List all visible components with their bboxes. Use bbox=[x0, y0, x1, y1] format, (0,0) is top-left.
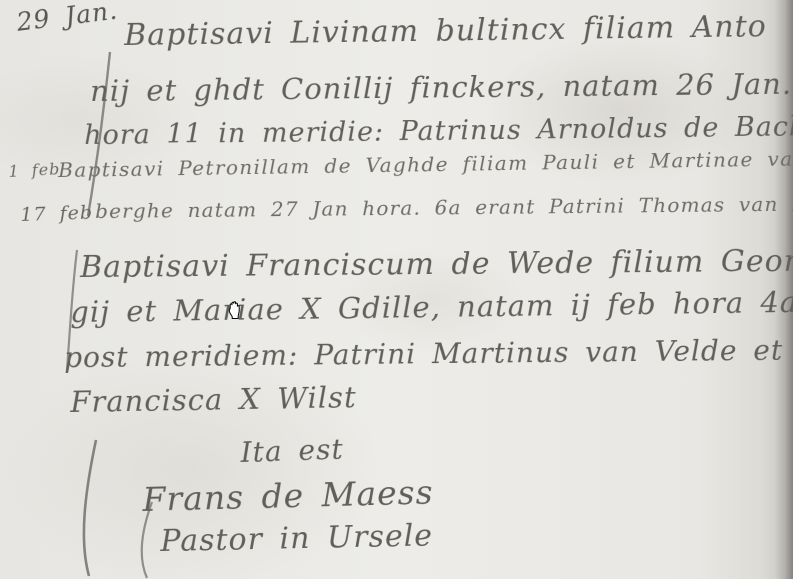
margin-date-1-feb: 1 feb bbox=[8, 159, 61, 181]
manuscript-line-interlined: Baptisavi Petronillam de Vaghde filiam P… bbox=[58, 146, 793, 182]
margin-date-29-jan: 29 Jan. bbox=[15, 0, 120, 37]
signature-title-line: Pastor in Ursele bbox=[160, 518, 433, 559]
grab-hand-cursor bbox=[226, 299, 243, 320]
manuscript-line: post meridiem: Patrini Martinus van Veld… bbox=[64, 333, 783, 374]
margin-date-17-feb: 17 feb bbox=[20, 201, 93, 226]
manuscript-line: hora 11 in meridie: Patrinus Arnoldus de… bbox=[84, 111, 793, 151]
manuscript-line-interlined: berghe natam 27 Jan hora. 6a erant Patri… bbox=[95, 191, 793, 223]
manuscript-line: Baptisavi Livinam bultincx filiam Anto bbox=[124, 9, 767, 53]
attestation-line: Ita est bbox=[240, 432, 344, 469]
signature-line: Frans de Maess bbox=[142, 472, 434, 519]
manuscript-line: Baptisavi Franciscum de Wede filium Geor bbox=[80, 244, 793, 285]
manuscript-page: 29 Jan. 1 feb 17 feb Baptisavi Livinam b… bbox=[0, 0, 793, 579]
manuscript-line: nij et ghdt Conillij finckers, natam 26 … bbox=[90, 67, 792, 108]
manuscript-line: Francisca X Wilst bbox=[70, 380, 357, 419]
manuscript-line: gij et Mariae X Gdille, natam ij feb hor… bbox=[70, 285, 793, 329]
